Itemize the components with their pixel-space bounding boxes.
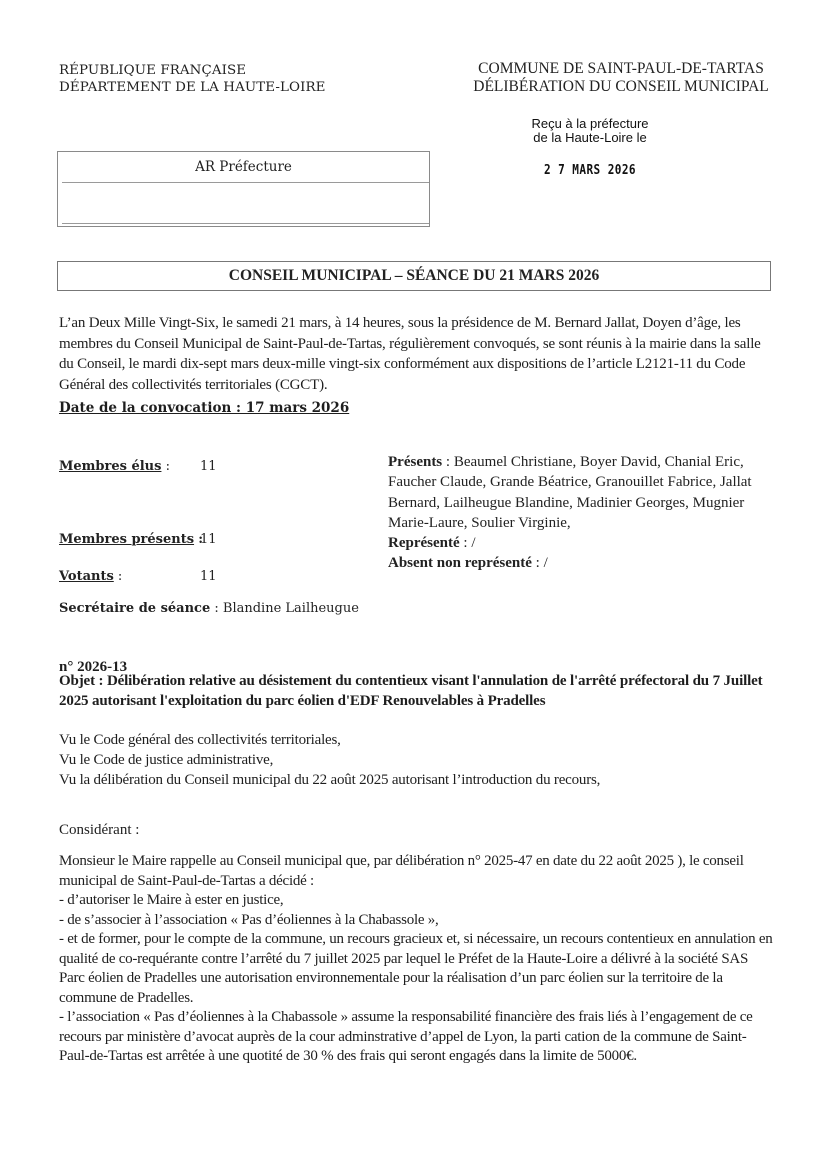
stamp-date: 2 7 MARS 2026	[522, 163, 658, 178]
represente-label: Représenté	[388, 535, 460, 551]
stamp-line-2: de la Haute-Loire le	[510, 131, 670, 145]
ar-prefecture-box: AR Préfecture	[57, 151, 430, 227]
departement-label: DÉPARTEMENT DE LA HAUTE-LOIRE	[59, 79, 326, 96]
membres-elus-label: Membres élus	[59, 459, 161, 474]
absent-row: Absent non représenté : /	[388, 553, 778, 573]
stamp-line-1: Reçu à la préfecture	[510, 117, 670, 131]
commune-label: COMMUNE DE SAINT-PAUL-DE-TARTAS	[466, 60, 776, 78]
convocation-date: Date de la convocation : 17 mars 2026	[59, 400, 349, 416]
represente-row: Représenté : /	[388, 533, 778, 553]
divider	[62, 182, 429, 183]
presents-row: Présents : Beaumel Christiane, Boyer Dav…	[388, 452, 778, 533]
body-paragraph: - de s’associer à l’association « Pas d’…	[59, 911, 775, 931]
votants-value: 11	[200, 569, 217, 584]
membres-presents-value: 11	[200, 532, 217, 547]
intro-paragraph: L’an Deux Mille Vingt-Six, le samedi 21 …	[59, 313, 771, 395]
vu-list: Vu le Code général des collectivités ter…	[59, 730, 600, 790]
prefecture-stamp: Reçu à la préfecture de la Haute-Loire l…	[510, 117, 670, 145]
considerant-label: Considérant :	[59, 822, 139, 839]
deliberation-body: Monsieur le Maire rappelle au Conseil mu…	[59, 852, 775, 1067]
seance-title: CONSEIL MUNICIPAL – SÉANCE DU 21 MARS 20…	[57, 261, 771, 291]
votants-row: Votants :	[59, 569, 122, 584]
votants-label: Votants	[59, 569, 114, 584]
secretaire-label: Secrétaire de séance	[59, 601, 210, 616]
absent-label: Absent non représenté	[388, 555, 532, 571]
membres-presents-label: Membres présents	[59, 532, 194, 547]
vu-item: Vu le Code de justice administrative,	[59, 750, 600, 770]
presents-label: Présents	[388, 454, 442, 470]
body-paragraph: Monsieur le Maire rappelle au Conseil mu…	[59, 852, 775, 891]
deliberation-label: DÉLIBÉRATION DU CONSEIL MUNICIPAL	[466, 78, 776, 96]
deliberation-objet: Objet : Délibération relative au désiste…	[59, 671, 771, 711]
body-paragraph: - d’autoriser le Maire à ester en justic…	[59, 891, 775, 911]
header-left: RÉPUBLIQUE FRANÇAISE DÉPARTEMENT DE LA H…	[59, 62, 326, 96]
membres-elus-value: 11	[200, 459, 217, 474]
membres-presents-row: Membres présents :	[59, 532, 203, 547]
header-right: COMMUNE DE SAINT-PAUL-DE-TARTAS DÉLIBÉRA…	[466, 60, 776, 96]
presents-list: Beaumel Christiane, Boyer David, Chanial…	[388, 454, 752, 531]
attendance-block: Présents : Beaumel Christiane, Boyer Dav…	[388, 452, 778, 574]
membres-elus-row: Membres élus :	[59, 459, 170, 474]
body-paragraph: - l’association « Pas d’éoliennes à la C…	[59, 1008, 775, 1067]
vu-item: Vu le Code général des collectivités ter…	[59, 730, 600, 750]
secretaire-value: Blandine Lailheugue	[223, 601, 359, 616]
represente-value: /	[471, 535, 475, 551]
body-paragraph: - et de former, pour le compte de la com…	[59, 930, 775, 1008]
absent-value: /	[544, 555, 548, 571]
secretaire-row: Secrétaire de séance : Blandine Lailheug…	[59, 601, 359, 616]
ar-prefecture-title: AR Préfecture	[58, 159, 429, 175]
divider	[62, 223, 429, 224]
republique-label: RÉPUBLIQUE FRANÇAISE	[59, 62, 326, 79]
vu-item: Vu la délibération du Conseil municipal …	[59, 770, 600, 790]
